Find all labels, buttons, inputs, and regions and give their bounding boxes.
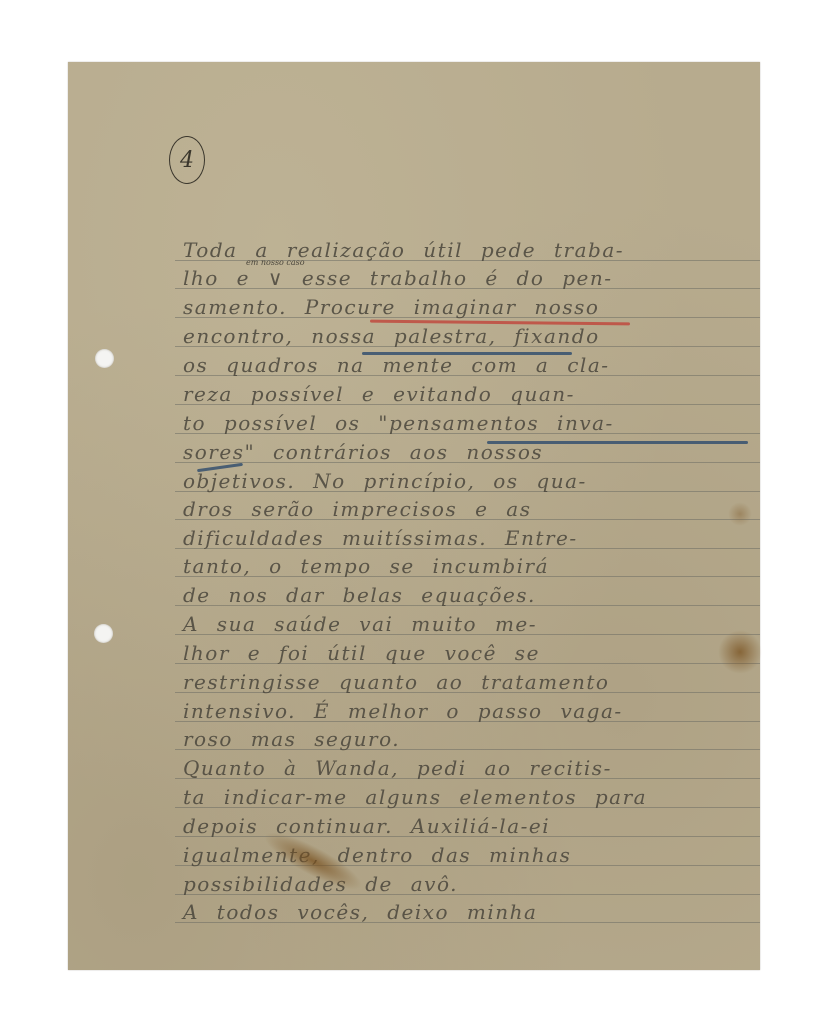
letter-page: 4 Toda a realização útil pede traba- lho… xyxy=(68,62,760,970)
handwritten-line-24: A todos vocês, deixo minha xyxy=(183,900,758,924)
interlinear-insertion: em nosso caso xyxy=(246,258,305,267)
punch-hole-bottom xyxy=(94,624,113,643)
stain-small xyxy=(728,502,752,526)
handwritten-line-23: possibilidades de avô. xyxy=(183,872,758,896)
handwritten-line-15: lhor e foi útil que você se xyxy=(183,641,758,665)
page-number: 4 xyxy=(180,148,194,173)
handwritten-line-7: to possível os "pensamentos inva- xyxy=(183,411,758,435)
handwritten-line-4: encontro, nossa palestra, fixando xyxy=(183,324,758,348)
stain-right xyxy=(718,630,762,674)
handwritten-line-9: objetivos. No princípio, os qua- xyxy=(183,469,758,493)
handwritten-line-20: ta indicar-me alguns elementos para xyxy=(183,785,758,809)
handwritten-line-3: samento. Procure imaginar nosso xyxy=(183,295,758,319)
handwritten-line-17: intensivo. É melhor o passo vaga- xyxy=(183,699,758,723)
handwritten-line-6: reza possível e evitando quan- xyxy=(183,382,758,406)
handwritten-line-14: A sua saúde vai muito me- xyxy=(183,612,758,636)
handwritten-line-12: tanto, o tempo se incumbirá xyxy=(183,554,758,578)
handwritten-line-2: lho e ∨ esse trabalho é do pen- xyxy=(183,266,758,290)
handwritten-line-19: Quanto à Wanda, pedi ao recitis- xyxy=(183,756,758,780)
page-number-circled: 4 xyxy=(169,136,205,184)
blue-underline-nossa-palestra xyxy=(362,352,572,355)
punch-hole-top xyxy=(95,349,114,368)
handwritten-line-5: os quadros na mente com a cla- xyxy=(183,353,758,377)
handwritten-line-18: roso mas seguro. xyxy=(183,727,758,751)
handwritten-line-11: dificuldades muitíssimas. Entre- xyxy=(183,526,758,550)
handwritten-line-16: restringisse quanto ao tratamento xyxy=(183,670,758,694)
handwritten-line-13: de nos dar belas equações. xyxy=(183,583,758,607)
blue-underline-pensamentos-invasores xyxy=(487,441,748,444)
handwritten-line-10: dros serão imprecisos e as xyxy=(183,497,758,521)
